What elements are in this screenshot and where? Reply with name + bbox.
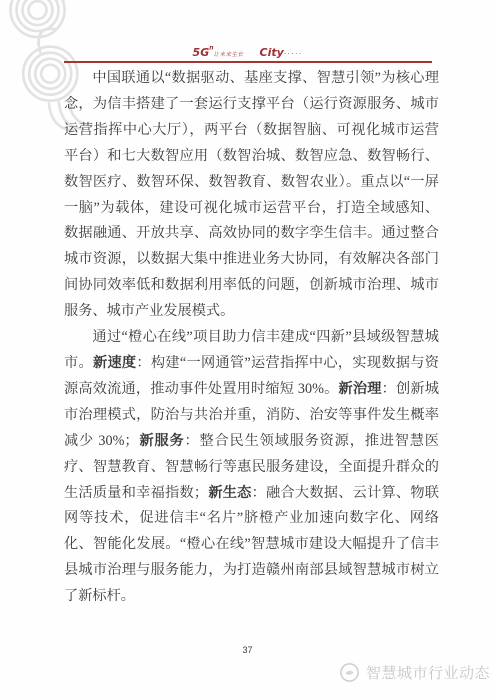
paragraph-text: 中国联通以“数据驱动、基座支撑、智慧引领”为核心理念，为信丰搭建了一套运行支撑平… [64, 70, 439, 319]
highlight-term: 新生态 [208, 485, 252, 501]
brand-circle-icon [339, 662, 360, 683]
logo-5g: 5G [193, 46, 210, 59]
paragraph: 中国联通以“数据驱动、基座支撑、智慧引领”为核心理念，为信丰搭建了一套运行支撑平… [64, 66, 439, 325]
brand-watermark-text: 智慧城市行业动态 [366, 662, 490, 683]
header-rule [64, 61, 432, 63]
brand-watermark: 智慧城市行业动态 [339, 662, 490, 683]
logo-5g-tagline: 让未来生长 [214, 52, 244, 58]
paragraph: 通过“橙心在线”项目助力信丰建成“四新”县域级智慧城市。新速度：构建“一网通管”… [64, 325, 439, 610]
highlight-term: 新速度 [93, 355, 136, 371]
page-number: 37 [0, 645, 495, 655]
document-body: 中国联通以“数据驱动、基座支撑、智慧引领”为核心理念，为信丰搭建了一套运行支撑平… [64, 66, 439, 610]
highlight-term: 新治理 [338, 381, 381, 397]
document-page: 5Gn让未来生长City····· 中国联通以“数据驱动、基座支撑、智慧引领”为… [0, 0, 495, 700]
paragraph-text: ：融合大数据、云计算、物联网等技术，促进信丰“名片”脐橙产业加速向数字化、网络化… [64, 485, 439, 605]
logo-city: City [260, 46, 284, 59]
header-slogan: 5Gn让未来生长City····· [0, 41, 495, 60]
logo-city-trail: ····· [284, 50, 303, 58]
highlight-term: 新服务 [139, 433, 185, 449]
logo-5g-sup: n [209, 45, 213, 52]
